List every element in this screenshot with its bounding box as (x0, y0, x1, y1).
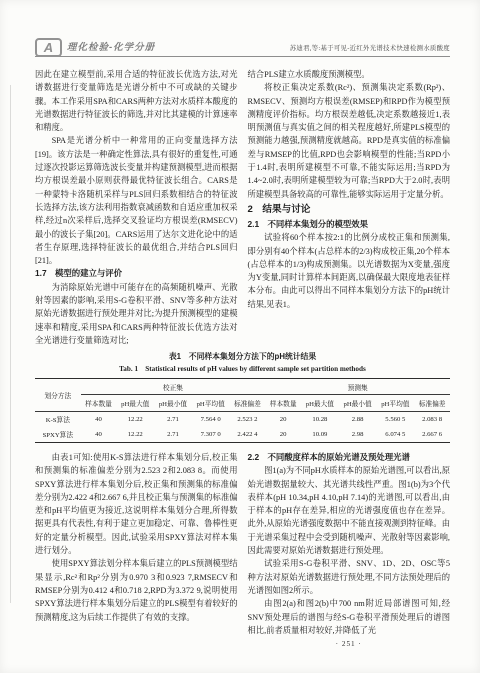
table-cell: 12.22 (116, 411, 154, 427)
table-cell: 40 (81, 411, 117, 427)
top-left-column: 因此在建立模型前,采用合适的特征波长优选方法,对光谱数据进行变量筛选是光谱分析中… (35, 68, 238, 347)
table-title-cn: 表1 不同样本集划分方法下的pH统计结果 (35, 352, 450, 362)
table-row: SPXY算法 40 12.22 2.71 7.307 0 2.422 4 20 … (35, 427, 450, 443)
bottom-right-column: 2.2 不同酸度样本的原始光谱及预处理光谱 图1(a)为不同pH水质样本的原始光… (248, 451, 451, 648)
running-head: 苏迪君,等:基于可见-近红外光谱技术快速检测水质酸度 (290, 43, 450, 53)
table-row: K-S算法 40 12.22 2.71 7.564 0 2.523 2 20 1… (35, 411, 450, 427)
paragraph: 因此在建立模型前,采用合适的特征波长优选方法,对光谱数据进行变量筛选是光谱分析中… (35, 68, 238, 134)
journal-name: 理化检验-化学分册 (67, 39, 155, 53)
paragraph: 使用SPXY算法划分样本集后建立的PLS预测模型结果显示,Rc²和Rp²分别为0… (35, 557, 238, 623)
table-subheader: pH最大值 (301, 395, 339, 411)
paragraph: 试验采用S-G卷积平滑、SNV、1D、2D、OSC等5种方法对原始光谱数据进行预… (248, 557, 451, 597)
top-two-columns: 因此在建立模型前,采用合适的特征波长优选方法,对光谱数据进行变量筛选是光谱分析中… (35, 68, 450, 347)
table-cell-method: SPXY算法 (35, 427, 81, 443)
table-group-calibration: 校正集 (81, 379, 266, 395)
table-cell: 12.22 (116, 427, 154, 443)
table-subheader-row: 样本数量 pH最大值 pH最小值 pH平均值 标准偏差 样本数量 pH最大值 p… (35, 395, 450, 411)
table-subheader: pH最大值 (116, 395, 154, 411)
table-cell: 7.564 0 (192, 411, 230, 427)
table-cell: 10.09 (301, 427, 339, 443)
table-cell: 2.71 (154, 427, 192, 443)
table-cell: 10.28 (301, 411, 339, 427)
table-cell: 6.074 5 (376, 427, 414, 443)
table-subheader: 样本数量 (81, 395, 117, 411)
table-1-block: 表1 不同样本集划分方法下的pH统计结果 Tab. 1 Statistical … (35, 352, 450, 443)
table-group-prediction: 预测集 (265, 379, 450, 395)
table-title-en: Tab. 1 Statistical results of pH values … (35, 364, 450, 374)
table-cell: 2.98 (339, 427, 377, 443)
table-subheader: pH最小值 (154, 395, 192, 411)
paragraph: SPA是光谱分析中一种常用的正向变量选择方法[19]。该方法是一种确定性算法,具… (35, 134, 238, 267)
table-cell: 2.422 4 (230, 427, 266, 443)
section-heading-2-1: 2.1 不同样本集划分的模型效果 (248, 218, 451, 231)
table-cell: 2.88 (339, 411, 377, 427)
paragraph: 结合PLS建立水质酸度预测模型。 (248, 68, 451, 81)
top-right-column: 结合PLS建立水质酸度预测模型。 将校正集决定系数(Rc²)、预测集决定系数(R… (248, 68, 451, 347)
table-cell: 2.667 6 (414, 427, 450, 443)
table-group-row: 划分方法 校正集 预测集 (35, 379, 450, 395)
table-subheader: 标准偏差 (414, 395, 450, 411)
page-header: A 理化检验-化学分册 苏迪君,等:基于可见-近红外光谱技术快速检测水质酸度 (35, 38, 450, 57)
section-heading-2: 2 结果与讨论 (248, 202, 451, 217)
table-header-method: 划分方法 (35, 379, 81, 411)
scanned-paper-page: A 理化检验-化学分册 苏迪君,等:基于可见-近红外光谱技术快速检测水质酸度 因… (0, 0, 480, 673)
table-cell: 20 (265, 411, 301, 427)
table-subheader: pH平均值 (192, 395, 230, 411)
table-cell: 40 (81, 427, 117, 443)
table-body: K-S算法 40 12.22 2.71 7.564 0 2.523 2 20 1… (35, 411, 450, 442)
table-cell-method: K-S算法 (35, 411, 81, 427)
table-subheader: pH平均值 (376, 395, 414, 411)
paragraph: 为消除原始光谱中可能存在的高频随机噪声、光散射等因素的影响,采用S-G卷积平滑、… (35, 281, 238, 347)
journal-logo-icon: A (35, 38, 62, 57)
paragraph: 试验将60个样本按2:1的比例分成校正集和预测集,即分别有40个样本(占总样本的… (248, 231, 451, 311)
paragraph: 由表1可知:使用K-S算法进行样本集划分后,校正集和预测集的标准偏差分别为2.5… (35, 451, 238, 557)
bottom-left-column: 由表1可知:使用K-S算法进行样本集划分后,校正集和预测集的标准偏差分别为2.5… (35, 451, 238, 648)
paragraph: 将校正集决定系数(Rc²)、预测集决定系数(Rp²)、RMSECV、预测均方根误… (248, 81, 451, 201)
paragraph: 由图2(a)和图2(b)中700 nm附近局部谱图可知,经SNV预处理后的谱图与… (248, 597, 451, 637)
logo-letter: A (44, 40, 53, 55)
table-subheader: 样本数量 (265, 395, 301, 411)
table-subheader: 标准偏差 (230, 395, 266, 411)
table-head: 划分方法 校正集 预测集 样本数量 pH最大值 pH最小值 pH平均值 标准偏差… (35, 379, 450, 411)
page-number: · 251 · (248, 640, 451, 648)
table-cell: 2.71 (154, 411, 192, 427)
table-subheader: pH最小值 (339, 395, 377, 411)
section-heading-2-2: 2.2 不同酸度样本的原始光谱及预处理光谱 (248, 451, 451, 464)
table-cell: 5.560 5 (376, 411, 414, 427)
table-cell: 7.307 0 (192, 427, 230, 443)
paragraph: 图1(a)为不同pH水质样本的原始光谱图,可以看出,原始光谱数据量较大、其光谱共… (248, 464, 451, 557)
table-cell: 20 (265, 427, 301, 443)
table-cell: 2.083 8 (414, 411, 450, 427)
section-heading-1-7: 1.7 模型的建立与评价 (35, 267, 238, 280)
table-cell: 2.523 2 (230, 411, 266, 427)
table-1: 划分方法 校正集 预测集 样本数量 pH最大值 pH最小值 pH平均值 标准偏差… (35, 378, 450, 443)
bottom-two-columns: 由表1可知:使用K-S算法进行样本集划分后,校正集和预测集的标准偏差分别为2.5… (35, 451, 450, 648)
journal-brand: A 理化检验-化学分册 (35, 38, 155, 53)
